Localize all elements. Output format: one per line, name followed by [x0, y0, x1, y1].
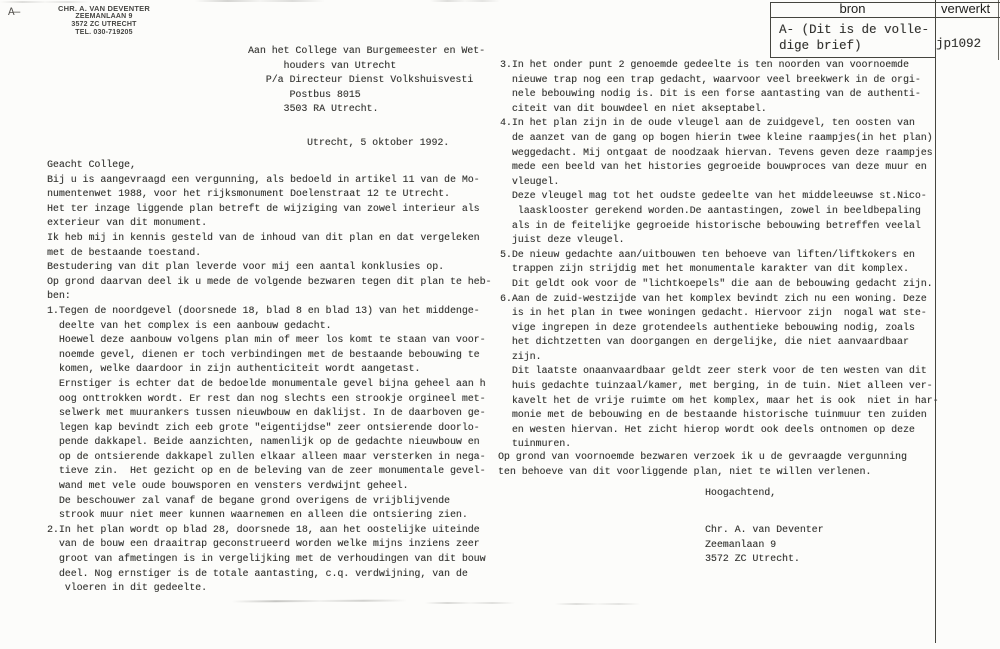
stamp-table-header-verwerkt: verwerkt [941, 1, 990, 16]
letterhead-street: ZEEMANLAAN 9 [38, 13, 170, 21]
scan-smudge [425, 602, 515, 604]
stamp-table-verwerkt-value: jp1092 [936, 36, 981, 52]
signature-block: Chr. A. van Deventer Zeemanlaan 9 3572 Z… [705, 523, 824, 567]
letter-body-right-column: 3.In het onder punt 2 genoemde gedeelte … [500, 58, 939, 452]
scan-smudge [232, 600, 407, 603]
scan-smudge [430, 0, 500, 2]
valediction: Hoogachtend, [705, 486, 776, 501]
recipient-address: Aan het College van Burgemeester en Wet-… [248, 44, 485, 117]
letterhead-tel: TEL. 030-719205 [38, 29, 170, 37]
stamp-table-header-bron: bron [770, 1, 935, 16]
dateline: Utrecht, 5 oktober 1992. [307, 136, 449, 151]
scan-smudge [195, 0, 325, 2]
letterhead: CHR. A. VAN DEVENTER ZEEMANLAAN 9 3572 Z… [38, 5, 170, 37]
stamp-table-header-rule [770, 17, 1000, 18]
scan-smudge [555, 603, 640, 605]
corner-mark: A— [8, 7, 19, 19]
stamp-table-bron-value: A- (Dit is de volle- dige brief) [779, 22, 929, 54]
letterhead-name: CHR. A. VAN DEVENTER [38, 5, 170, 13]
scanned-letter-page: A— CHR. A. VAN DEVENTER ZEEMANLAAN 9 357… [0, 0, 1000, 649]
stamp-table-right-border [998, 0, 999, 60]
scan-smudge [0, 1, 90, 3]
letter-body-left-column: Geacht College, Bij u is aangevraagd een… [47, 158, 491, 596]
letterhead-city: 3572 ZC UTRECHT [38, 21, 170, 29]
closing-paragraph: Op grond van voornoemde bezwaren verzoek… [498, 450, 907, 479]
